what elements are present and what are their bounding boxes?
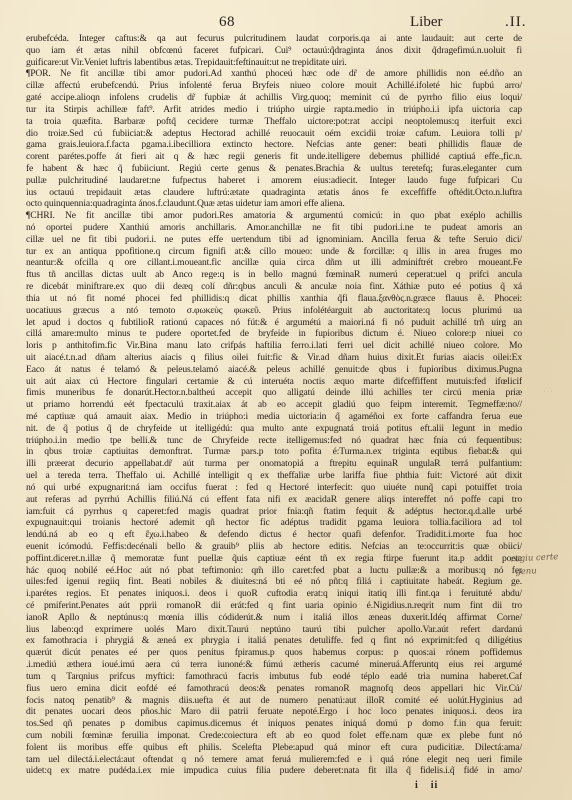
- text-line: pullæ pulchritudiné laudaret:ne fufpectu…: [26, 175, 522, 187]
- text-line: tos.Sed qñ penates p domibus capimus.dic…: [26, 718, 522, 730]
- text-line: nó oportei pudere Xanthiú amoris anchill…: [26, 222, 522, 234]
- book-page: 68 Liber .II. erubefcéda. Integer caftus…: [0, 0, 572, 800]
- handwritten-marginal-note: regiu certe genu: [510, 550, 571, 579]
- text-line: nó qui urbé expugnarit:ná iam occifus fu…: [26, 482, 522, 494]
- text-line: dit penates uocari deos pños.hic Maro di…: [26, 706, 522, 718]
- text-line: ius octauú trepidauit ætas claudere luft…: [26, 187, 522, 199]
- text-line: guificare:ut Vir.Veniet luftris labentib…: [26, 57, 522, 69]
- commentary-text-block: erubefcéda. Integer caftus:& qa aut fecu…: [26, 33, 522, 777]
- text-line: uidet:q ex matre pudéda.i.ex mie impudic…: [26, 765, 522, 777]
- text-line: erubefcéda. Integer caftus:& qa aut fecu…: [26, 33, 522, 45]
- text-line: ¶POR. Ne fit ancillæ tibi amor pudori.Ad…: [26, 68, 522, 80]
- text-line: iam:fuit cá pyrrhus q caperet:fed magis …: [26, 506, 522, 518]
- text-line: in qbus troiæ captiuitas demonftrat. Tur…: [26, 446, 522, 458]
- text-line: poffint.diceret.n.illæ q̃ memoratæ funt …: [26, 553, 522, 565]
- text-line: expugnauit:qui troianis hectoré ademit q…: [26, 517, 522, 529]
- text-line: Eaco át natus é telamó & peleus.telamó a…: [26, 364, 522, 376]
- text-line: tam uel dilectá.i.electá:aut oftendat q …: [26, 754, 522, 766]
- text-line: lendú.ná ab eo q eft ἕχω.i.habeo & defen…: [26, 529, 522, 541]
- signature-mark: iii: [415, 780, 450, 791]
- text-line: uit aút aiax cú Hectore fingulari certam…: [26, 376, 522, 388]
- text-line: neantur:& ofcilla q ore cillant.i.mouean…: [26, 257, 522, 269]
- text-line: cillæ uel ne fit tibi pudori.i. ne putes…: [26, 234, 522, 246]
- text-line: fius uero emina dicit eofdé eé famothrac…: [26, 683, 522, 695]
- text-line: let apud i doctos q fubtilioR rationú ca…: [26, 317, 522, 329]
- text-line: octo quinquennia:quadraginta ános.f.clau…: [26, 198, 522, 210]
- text-line: fimis muneribus fe donarút.Hector.n.balt…: [26, 387, 522, 399]
- text-line: cum nobili fœminæ feruilia imponat. Cred…: [26, 730, 522, 742]
- signature-mark-part: ii: [431, 780, 439, 791]
- text-line: triúpho.i.in medio tpe belli.& tunc de C…: [26, 435, 522, 447]
- text-line: cillæ affectú erubefcendú. Prius infolen…: [26, 80, 522, 92]
- book-number: .II.: [505, 14, 527, 31]
- text-line: tum q Tarqnius prifcus myftici: famothra…: [26, 671, 522, 683]
- faint-stamp-mark: · · ·: [528, 388, 568, 396]
- text-line: quo iam ét ætas nihil obfcœnú faceret fu…: [26, 45, 522, 57]
- text-line: re dicebát miniftrare.ex quo dii deæq co…: [26, 281, 522, 293]
- page-header: 68 Liber .II.: [0, 14, 572, 30]
- marginal-note-line: genu: [515, 563, 572, 579]
- text-line: ftus tñ ancillas dictas uult ab Anco reg…: [26, 269, 522, 281]
- text-line: quærút dicút penates eé per quos penitus…: [26, 647, 522, 659]
- text-line: corent parétes.poffe át fieri ait q & hæ…: [26, 151, 522, 163]
- text-line: focis natoq penatib⁹ & magnis diis.uefta…: [26, 695, 522, 707]
- text-line: ex famothracia i phrygiá & æneá ex phryg…: [26, 635, 522, 647]
- text-line: euenit icómodú. Feffis:decénali bello & …: [26, 541, 522, 553]
- text-line: illi præerat decurio appellabat.dr̃ aút …: [26, 458, 522, 470]
- text-line: lius labeo:qd exprimere uolés Maro dixit…: [26, 624, 522, 636]
- text-line: tur ex an antiqua ppofitione.q circum fi…: [26, 246, 522, 258]
- text-line: gaté accipe.alioqn infolens crudelis dr̃…: [26, 92, 522, 104]
- folio-number: 68: [219, 14, 235, 31]
- text-line: uit aiacé.t.n.ad dñam alterius aiacis q …: [26, 352, 522, 364]
- text-line: mé captiuæ quá amauit aiax. Medio in tri…: [26, 411, 522, 423]
- text-line: .i.mediú æthera ioué.imú aera cú terra i…: [26, 659, 522, 671]
- text-line: uel a tereda terra. Theffalo ui. Achillé…: [26, 470, 522, 482]
- text-line: gama grais.leuiora.f.facta pgama.i.ibeci…: [26, 139, 522, 151]
- text-line: loris p anthitofim.fic Vir.Bina manu lat…: [26, 340, 522, 352]
- text-line: hác quoq nobilé eé.Hoc aút nó pbat tefti…: [26, 565, 522, 577]
- text-line: ta troia quæfita. Barbaræ poftq̃ cecider…: [26, 116, 522, 128]
- text-line: tur ita Stirpis achilleæ faft⁹. Arfit at…: [26, 104, 522, 116]
- text-line: uiles:fed igenui regiiq fint. Beati nobi…: [26, 576, 522, 588]
- text-line: cillá amare:multo minus te pudere oporte…: [26, 328, 522, 340]
- text-line: uocatiuus græcus a ntó temoto σ.φωκεὺς φ…: [26, 305, 522, 317]
- text-line: thia ut nó fit nomé phocei fed phillidis…: [26, 293, 522, 305]
- text-line: folent iis moribus effe quibus eft phili…: [26, 742, 522, 754]
- text-line: ut priamo horrendú eét fpectaculú traxit…: [26, 399, 522, 411]
- text-line: cé pmiferint.Penates aút pprii romanoR d…: [26, 600, 522, 612]
- signature-mark-part: i: [415, 780, 419, 791]
- running-head: Liber: [410, 14, 442, 31]
- text-line: nit. de q̃ potius q̃ de chryfeide ut ite…: [26, 423, 522, 435]
- text-line: ianoR Apllo & neptúnus:q mœnia illis cód…: [26, 612, 522, 624]
- text-line: dio troiæ.Sed cú fubiiciat:& adeptus Hec…: [26, 128, 522, 140]
- text-line: aut referas ad pyrrhú Achillis filiú.Ná …: [26, 494, 522, 506]
- text-line: ¶CHRI. Ne fit ancillæ tibi amor pudori.R…: [26, 210, 522, 222]
- text-line: i.parétes regios. Et penates iniquos.i. …: [26, 588, 522, 600]
- text-line: fe habent & hæc q̃ fubiiciunt. Regiú cer…: [26, 163, 522, 175]
